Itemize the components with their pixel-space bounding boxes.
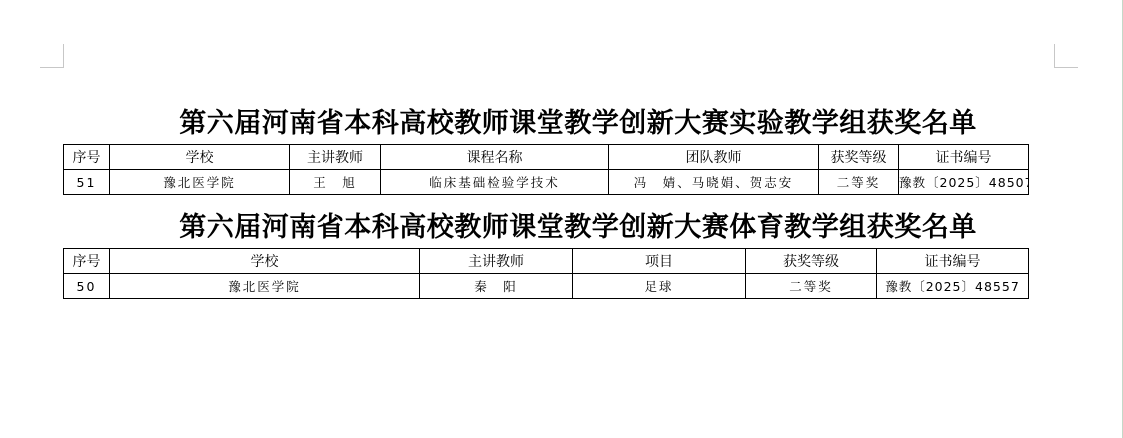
col-header-lead-teacher: 主讲教师 [420,249,573,274]
col-header-school: 学校 [110,249,420,274]
top-right-margin-mark [1054,44,1078,68]
top-left-margin-mark [40,44,64,68]
cell-course: 临床基础检验学技术 [381,170,609,195]
col-header-team: 团队教师 [609,145,819,170]
cell-lead-teacher: 王 旭 [290,170,381,195]
col-header-index: 序号 [64,145,110,170]
award-table-experiment: 序号 学校 主讲教师 课程名称 团队教师 获奖等级 证书编号 51 豫北医学院 … [63,144,1029,195]
cell-school: 豫北医学院 [110,274,420,299]
col-header-school: 学校 [110,145,290,170]
table-header-row: 序号 学校 主讲教师 课程名称 团队教师 获奖等级 证书编号 [64,145,1029,170]
col-header-certificate: 证书编号 [899,145,1029,170]
col-header-award: 获奖等级 [819,145,899,170]
cell-lead-teacher: 秦 阳 [420,274,573,299]
col-header-index: 序号 [64,249,110,274]
document-page: 第六届河南省本科高校教师课堂教学创新大赛实验教学组获奖名单 序号 学校 主讲教师… [0,0,1123,438]
cell-certificate: 豫教〔2025〕48557 [877,274,1029,299]
table-row: 50 豫北医学院 秦 阳 足球 二等奖 豫教〔2025〕48557 [64,274,1029,299]
cell-team: 冯 婧、马晓娟、贺志安 [609,170,819,195]
table-row: 51 豫北医学院 王 旭 临床基础检验学技术 冯 婧、马晓娟、贺志安 二等奖 豫… [64,170,1029,195]
col-header-project: 项目 [573,249,746,274]
cell-award: 二等奖 [819,170,899,195]
cell-award: 二等奖 [746,274,877,299]
section-title-sports: 第六届河南省本科高校教师课堂教学创新大赛体育教学组获奖名单 [63,205,1093,244]
col-header-lead-teacher: 主讲教师 [290,145,381,170]
col-header-course: 课程名称 [381,145,609,170]
cell-index: 51 [64,170,110,195]
cell-school: 豫北医学院 [110,170,290,195]
award-table-sports: 序号 学校 主讲教师 项目 获奖等级 证书编号 50 豫北医学院 秦 阳 足球 … [63,248,1029,299]
col-header-award: 获奖等级 [746,249,877,274]
table-header-row: 序号 学校 主讲教师 项目 获奖等级 证书编号 [64,249,1029,274]
cell-project: 足球 [573,274,746,299]
section-title-experiment: 第六届河南省本科高校教师课堂教学创新大赛实验教学组获奖名单 [63,101,1093,140]
cell-certificate: 豫教〔2025〕48507 [899,170,1029,195]
cell-index: 50 [64,274,110,299]
col-header-certificate: 证书编号 [877,249,1029,274]
